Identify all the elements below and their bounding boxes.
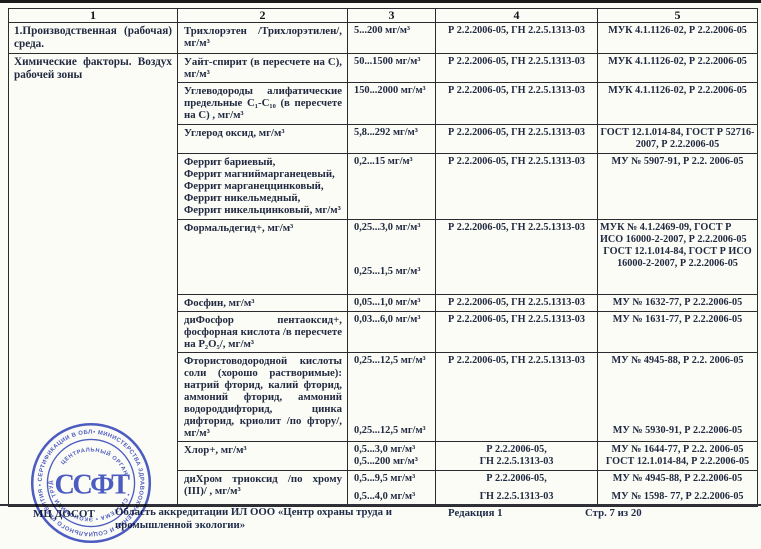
range-cell: 0,5...3,0 мг/м³ 0,5...200 мг/м³ [348,442,436,471]
range-cell: 50...1500 мг/м³ [348,54,436,83]
method-docs-cell: МУ № 1631-77, Р 2.2.2006-05 [598,312,758,353]
range-value-1: 0,5...9,5 мг/м³ [354,473,433,485]
table-row: Химические факторы. Воздух рабочей зоны … [9,54,758,83]
method-docs-2: ГОСТ 12.1.014-84, Р 2.2.2006-05 [600,456,755,468]
range-value-2: 0,5...4,0 мг/м³ [354,491,433,503]
range-cell: 5...200 мг/м³ [348,23,436,54]
footer-page-number: Стр. 7 из 20 [585,507,642,519]
norm-docs-cell: Р 2.2.2006-05, ГН 2.2.5.1313-03 [436,353,598,442]
method-docs-1: МУ № 4945-88, Р 2.2. 2006-05 [600,355,755,367]
table-row: 1.Производственная (рабочая) среда. Трих… [9,23,758,54]
method-docs-cell: МУК 4.1.1126-02, Р 2.2.2006-05 [598,54,758,83]
scanned-document-page: { "colors": { "ink": "#212a40", "stamp_b… [0,0,761,549]
certification-stamp: • МИНИСТЕРСТВА ЗДРАВООХРАНЕНИЯ И СОЦИАЛЬ… [28,420,154,546]
substance-cell: Углеводороды алифатические предельные С₁… [178,83,348,125]
substance-cell: Уайт-спирит (в пересчете на С), мг/м³ [178,54,348,83]
column-header-1: 1 [9,9,178,23]
column-header-3: 3 [348,9,436,23]
substance-cell: Трихлорэтен /Трихлорэтилен/, мг/м³ [178,23,348,54]
method-docs-2: МУ № 5930-91, Р 2.2.2006-05 [600,425,755,437]
method-docs-cell: МУ № 4945-88, Р 2.2. 2006-05 МУ № 5930-9… [598,353,758,442]
range-value-2: 0,25...1,5 мг/м³ [354,266,433,278]
scan-edge-artifact [0,0,761,3]
range-value-1: 0,5...3,0 мг/м³ [354,444,433,456]
norm-docs-cell: Р 2.2.2006-05, ГН 2.2.5.1313-03 [436,220,598,295]
table-header-row: 1 2 3 4 5 [9,9,758,23]
substance-cell: Фтористоводородной кислоты соли (хорошо … [178,353,348,442]
range-cell: 5,8...292 мг/м³ [348,125,436,154]
method-docs-2: МУ № 1598- 77, Р 2.2.2006-05 [600,491,755,503]
norm-docs-1: Р 2.2.2006-05, [437,473,596,485]
substance-cell: диФосфор пентаоксид+, фосфорная кислота … [178,312,348,353]
method-docs-cell: МУ № 5907-91, Р 2.2. 2006-05 [598,154,758,220]
norm-docs-2: ГН 2.2.5.1313-03 [437,491,596,503]
range-cell: 0,05...1,0 мг/м³ [348,295,436,312]
method-docs-cell: МУК № 4.1.2469-09, ГОСТ Р ИСО 16000-2-20… [598,220,758,295]
method-docs-2: ГОСТ 12.1.014-84, ГОСТ Р ИСО 16000-2-200… [600,246,755,270]
norm-docs-cell: Р 2.2.2006-05, ГН 2.2.5.1313-03 [436,54,598,83]
column-header-2: 2 [178,9,348,23]
range-cell: 0,25...12,5 мг/м³ 0,25...12,5 мг/м³ [348,353,436,442]
norm-docs-2: ГН 2.2.5.1313-03 [437,456,596,468]
method-docs-1: МУ № 1644-77, Р 2.2. 2006-05 [600,444,755,456]
norm-docs-cell: Р 2.2.2006-05, ГН 2.2.5.1313-03 [436,312,598,353]
substance-list: Феррит бариевый, Феррит магниймарганецев… [184,156,341,216]
stamp-monogram: ССФТ [55,470,131,501]
range-cell: 0,25...3,0 мг/м³ 0,25...1,5 мг/м³ [348,220,436,295]
substance-cell: Формальдегид+, мг/м³ [178,220,348,295]
range-cell: 0,03...6,0 мг/м³ [348,312,436,353]
method-docs-cell: МУ № 1644-77, Р 2.2. 2006-05 ГОСТ 12.1.0… [598,442,758,471]
norm-docs-cell: Р 2.2.2006-05, ГН 2.2.5.1313-03 [436,442,598,471]
norm-docs-cell: Р 2.2.2006-05, ГН 2.2.5.1313-03 [436,83,598,125]
range-cell: 0,2...15 мг/м³ [348,154,436,220]
norm-docs-cell: Р 2.2.2006-05, ГН 2.2.5.1313-03 [436,295,598,312]
footer-accreditation: Область аккредитации ИЛ ООО «Центр охран… [115,506,449,532]
range-value-1: 0,25...12,5 мг/м³ [354,355,433,367]
norm-docs-cell: Р 2.2.2006-05, ГН 2.2.5.1313-03 [436,23,598,54]
column-header-5: 5 [598,9,758,23]
norm-docs-cell: Р 2.2.2006-05, ГН 2.2.5.1313-03 [436,154,598,220]
range-cell: 0,5...9,5 мг/м³ 0,5...4,0 мг/м³ [348,471,436,507]
range-value-2: 0,25...12,5 мг/м³ [354,425,433,437]
section-title-cell: 1.Производственная (рабочая) среда. [9,23,178,54]
method-docs-cell: МУК 4.1.1126-02, Р 2.2.2006-05 [598,83,758,125]
method-docs-cell: МУ № 4945-88, Р 2.2.2006-05 МУ № 1598- 7… [598,471,758,507]
substance-cell: Хлор+, мг/м³ [178,442,348,471]
substance-cell: Феррит бариевый, Феррит магниймарганецев… [178,154,348,220]
substance-cell: диХром триоксид /по хрому (III)/ , мг/м³ [178,471,348,507]
substance-cell: Углерод оксид, мг/м³ [178,125,348,154]
method-docs-1: МУК № 4.1.2469-09, ГОСТ Р ИСО 16000-2-20… [600,222,755,246]
norm-docs-cell: Р 2.2.2006-05, ГН 2.2.5.1313-03 [436,471,598,507]
column-header-4: 4 [436,9,598,23]
method-docs-cell: ГОСТ 12.1.014-84, ГОСТ Р 52716-2007, Р 2… [598,125,758,154]
substance-cell: Фосфин, мг/м³ [178,295,348,312]
method-docs-cell: МУ № 1632-77, Р 2.2.2006-05 [598,295,758,312]
range-cell: 150...2000 мг/м³ [348,83,436,125]
range-value-2: 0,5...200 мг/м³ [354,456,433,468]
method-docs-1: МУ № 4945-88, Р 2.2.2006-05 [600,473,755,485]
method-docs-cell: МУК 4.1.1126-02, Р 2.2.2006-05 [598,23,758,54]
norm-docs-cell: Р 2.2.2006-05, ГН 2.2.5.1313-03 [436,125,598,154]
norm-docs-1: Р 2.2.2006-05, [437,444,596,456]
footer-revision: Редакция 1 [448,507,503,519]
range-value-1: 0,25...3,0 мг/м³ [354,222,433,234]
